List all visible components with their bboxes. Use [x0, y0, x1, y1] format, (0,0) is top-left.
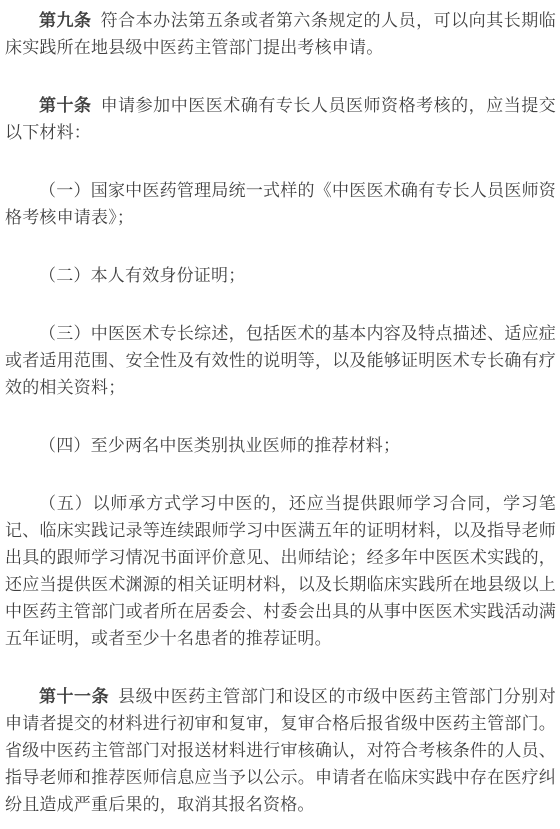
paragraph-text: （三）中医医术专长综述，包括医术的基本内容及特点描述、适应症或者适用范围、安全性… — [5, 324, 556, 397]
paragraph: 第九条符合本办法第五条或者第六条规定的人员，可以向其长期临床实践所在地县级中医药… — [5, 7, 556, 61]
paragraph-text: （四）至少两名中医类别执业医师的推荐材料； — [39, 436, 400, 455]
paragraph-text: （二）本人有效身份证明； — [39, 266, 245, 285]
paragraph-text: （一）国家中医药管理局统一式样的《中医医术确有专长人员医师资格考核申请表》； — [5, 181, 556, 227]
paragraph: （一）国家中医药管理局统一式样的《中医医术确有专长人员医师资格考核申请表》； — [5, 177, 556, 231]
article-number: 第九条 — [39, 11, 92, 30]
paragraph: （二）本人有效身份证明； — [5, 262, 556, 289]
paragraph: （四）至少两名中医类别执业医师的推荐材料； — [5, 432, 556, 459]
paragraph-text: （五）以师承方式学习中医的，还应当提供跟师学习合同，学习笔记、临床实践记录等连续… — [5, 494, 556, 648]
paragraph: 第十条申请参加中医医术确有专长人员医师资格考核的，应当提交以下材料： — [5, 92, 556, 146]
document-body: 第九条符合本办法第五条或者第六条规定的人员，可以向其长期临床实践所在地县级中医药… — [0, 7, 560, 818]
paragraph: 第十一条县级中医药主管部门和设区的市级中医药主管部门分别对申请者提交的材料进行初… — [5, 683, 556, 818]
article-number: 第十条 — [39, 96, 92, 115]
article-number: 第十一条 — [39, 687, 109, 706]
paragraph-text: 县级中医药主管部门和设区的市级中医药主管部门分别对申请者提交的材料进行初审和复审… — [5, 687, 556, 814]
paragraph: （五）以师承方式学习中医的，还应当提供跟师学习合同，学习笔记、临床实践记录等连续… — [5, 490, 556, 652]
paragraph: （三）中医医术专长综述，包括医术的基本内容及特点描述、适应症或者适用范围、安全性… — [5, 320, 556, 401]
